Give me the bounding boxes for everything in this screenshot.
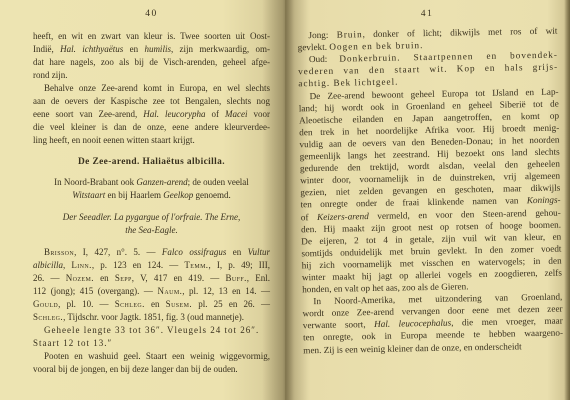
section-heading: De Zee-arend. Haliaëtus albicilla.	[33, 156, 270, 169]
text-line: aan de oevers der Kaspische zee tot Beng…	[33, 95, 270, 108]
text-line: heeft, en wit en zwart van kleur is. Twe…	[33, 30, 270, 43]
text-block: Oud: Donkerbruin. Staartpennen en bovend…	[298, 49, 559, 90]
text-line: dat hare nagels, zoo als bij de Visch-ar…	[33, 56, 270, 69]
text-block: De Zee-arend bewoont geheel Europa tot I…	[298, 85, 562, 295]
text-line: die veel kleiner is dan de onze, eene an…	[33, 121, 270, 134]
text-line: Witstaart en bij Haarlem Geelkop genoemd…	[33, 189, 270, 202]
text-line: Geheele lengte 33 tot 36″. Vleugels 24 t…	[33, 324, 270, 337]
text-line: 26. — Nozem. en Sepp, V, 417 en 419. — B…	[33, 272, 270, 285]
text-line: rond zijn.	[33, 69, 270, 82]
text-line: Behalve onze Zee-arend komt in Europa, e…	[33, 82, 270, 95]
text-block: heeft, en wit en zwart van kleur is. Twe…	[33, 30, 270, 82]
left-page-text: 40 heeft, en wit en zwart van kleur is. …	[33, 8, 270, 376]
right-page-text: 41 Jong: Bruin, donker of licht; dikwijl…	[297, 6, 563, 356]
page-number-right: 41	[297, 6, 557, 23]
text-line: albicilla, Linn., p. 123 en 124. — Temm.…	[33, 259, 270, 272]
text-block: Der Seeadler. La pygargue of l'orfraie. …	[33, 211, 270, 237]
text-line: 112 (jong); 415 (overgang). — Naum., pl.…	[33, 285, 270, 298]
text-line: eene soort van Zee-arend, Hal. leucoryph…	[33, 108, 270, 121]
text-line: Indië, Hal. ichthyaëtus en humilis, zijn…	[33, 43, 270, 56]
text-block: Geheele lengte 33 tot 36″. Vleugels 24 t…	[33, 324, 270, 350]
text-block: In Noord-Amerika, met uitzondering van G…	[302, 291, 563, 356]
left-page-blocks: heeft, en wit en zwart van kleur is. Twe…	[33, 30, 270, 376]
text-line: Der Seeadler. La pygargue of l'orfraie. …	[33, 211, 270, 224]
left-page: 40 heeft, en wit en zwart van kleur is. …	[0, 0, 285, 400]
text-line: the Sea-Eagle.	[33, 224, 270, 237]
text-line: Pooten en washuid geel. Staart een weini…	[33, 350, 270, 363]
text-line: ling heeft, en nooit eenen witten staart…	[33, 134, 270, 147]
page-number-left: 40	[33, 8, 270, 21]
right-page: 41 Jong: Bruin, donker of licht; dikwijl…	[285, 0, 570, 400]
text-line: Brisson, I, 427, n°. 5. — Falco ossifrag…	[33, 246, 270, 259]
text-block: In Noord-Brabant ook Ganzen-arend; de ou…	[33, 176, 270, 202]
text-line: Gould, pl. 10. — Schleg. en Susem. pl. 2…	[33, 298, 270, 311]
text-line: Staart 12 tot 13.″	[33, 337, 270, 350]
right-page-blocks: Jong: Bruin, donker of licht; dikwijls m…	[297, 25, 563, 356]
text-block: Pooten en washuid geel. Staart een weini…	[33, 350, 270, 376]
book-scan: 40 heeft, en wit en zwart van kleur is. …	[0, 0, 570, 400]
text-line: De Zee-arend. Haliaëtus albicilla.	[33, 156, 270, 169]
text-block: Brisson, I, 427, n°. 5. — Falco ossifrag…	[33, 246, 270, 324]
text-line: Schleg., Tijdschr. voor Jagtk. 1851, fig…	[33, 311, 270, 324]
text-line: vooral bij de jongen, en bij deze langer…	[33, 363, 270, 376]
text-line: In Noord-Brabant ook Ganzen-arend; de ou…	[33, 176, 270, 189]
text-block: Behalve onze Zee-arend komt in Europa, e…	[33, 82, 270, 147]
